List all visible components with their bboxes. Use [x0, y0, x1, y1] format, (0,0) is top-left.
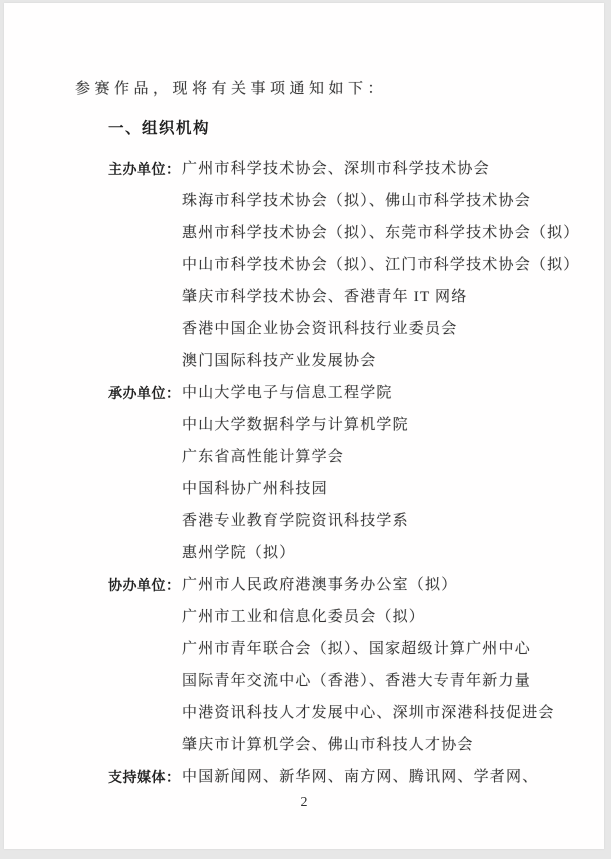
document-page: 参赛作品，现将有关事项通知如下： 一、组织机构 主办单位： 广州市科学技术协会、… [4, 3, 604, 849]
org-line: 广东省高性能计算学会 [182, 441, 604, 473]
section-lines: 广州市科学技术协会、深圳市科学技术协会 珠海市科学技术协会（拟）、佛山市科学技术… [182, 153, 604, 377]
org-line: 中港资讯科技人才发展中心、深圳市深港科技促进会 [182, 697, 604, 729]
org-line: 香港专业教育学院资讯科技学系 [182, 505, 604, 537]
section-organizers: 承办单位： 中山大学电子与信息工程学院 中山大学数据科学与计算机学院 广东省高性… [108, 377, 604, 569]
org-line: 中国新闻网、新华网、南方网、腾讯网、学者网、 [182, 761, 604, 793]
org-line: 中山大学数据科学与计算机学院 [182, 409, 604, 441]
section-co-organizers: 协办单位： 广州市人民政府港澳事务办公室（拟） 广州市工业和信息化委员会（拟） … [108, 569, 604, 761]
org-line: 珠海市科学技术协会（拟）、佛山市科学技术协会 [182, 185, 604, 217]
org-line: 惠州学院（拟） [182, 537, 604, 569]
org-line: 肇庆市计算机学会、佛山市科技人才协会 [182, 729, 604, 761]
org-line: 广州市科学技术协会、深圳市科学技术协会 [182, 153, 604, 185]
section-lines: 中国新闻网、新华网、南方网、腾讯网、学者网、 [182, 761, 604, 793]
section-label: 主办单位： [108, 153, 182, 185]
section-media-support: 支持媒体： 中国新闻网、新华网、南方网、腾讯网、学者网、 [108, 761, 604, 793]
organization-list: 主办单位： 广州市科学技术协会、深圳市科学技术协会 珠海市科学技术协会（拟）、佛… [4, 153, 604, 793]
section-lines: 中山大学电子与信息工程学院 中山大学数据科学与计算机学院 广东省高性能计算学会 … [182, 377, 604, 569]
section-heading: 一、组织机构 [108, 113, 604, 145]
org-line: 香港中国企业协会资讯科技行业委员会 [182, 313, 604, 345]
intro-paragraph: 参赛作品，现将有关事项通知如下： [75, 73, 604, 105]
org-line: 肇庆市科学技术协会、香港青年 IT 网络 [182, 281, 604, 313]
section-lines: 广州市人民政府港澳事务办公室（拟） 广州市工业和信息化委员会（拟） 广州市青年联… [182, 569, 604, 761]
org-line: 广州市工业和信息化委员会（拟） [182, 601, 604, 633]
org-line: 澳门国际科技产业发展协会 [182, 345, 604, 377]
page-number: 2 [4, 795, 604, 811]
org-line: 中山大学电子与信息工程学院 [182, 377, 604, 409]
section-label: 支持媒体： [108, 761, 182, 793]
org-line: 广州市青年联合会（拟）、国家超级计算广州中心 [182, 633, 604, 665]
org-line: 国际青年交流中心（香港）、香港大专青年新力量 [182, 665, 604, 697]
org-line: 广州市人民政府港澳事务办公室（拟） [182, 569, 604, 601]
org-line: 惠州市科学技术协会（拟）、东莞市科学技术协会（拟） [182, 217, 604, 249]
section-label: 承办单位： [108, 377, 182, 409]
section-hosts: 主办单位： 广州市科学技术协会、深圳市科学技术协会 珠海市科学技术协会（拟）、佛… [108, 153, 604, 377]
org-line: 中山市科学技术协会（拟）、江门市科学技术协会（拟） [182, 249, 604, 281]
section-label: 协办单位： [108, 569, 182, 601]
org-line: 中国科协广州科技园 [182, 473, 604, 505]
